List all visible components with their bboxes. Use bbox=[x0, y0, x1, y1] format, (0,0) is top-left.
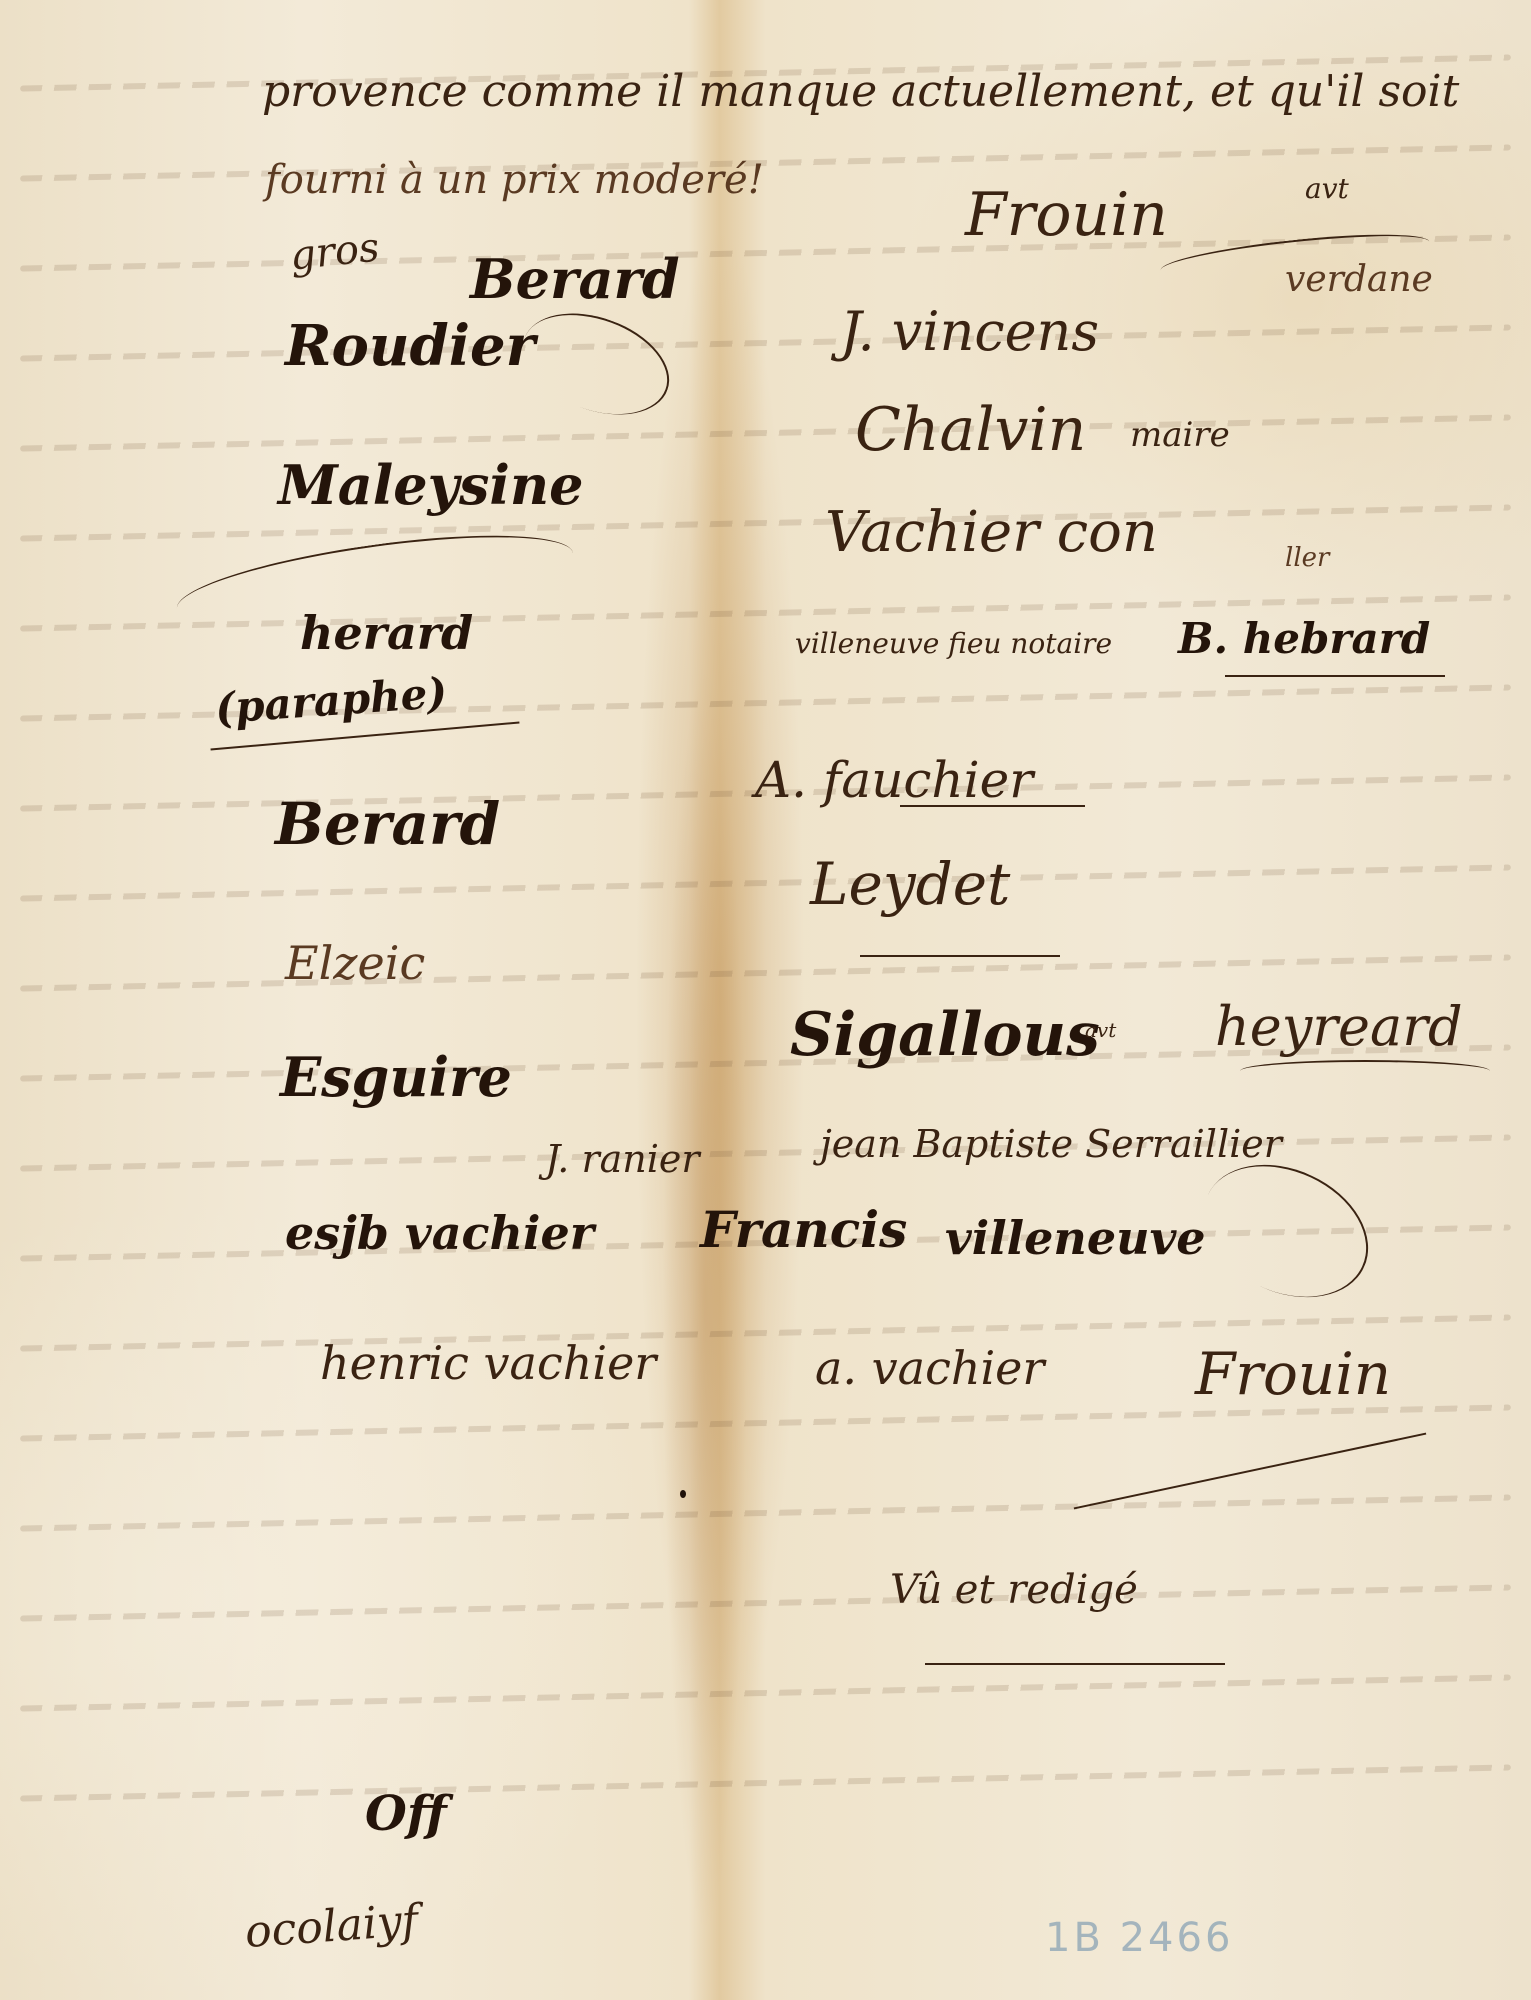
signature-chalvin: Chalvin bbox=[855, 400, 1086, 460]
bleed-through-line bbox=[20, 1404, 1511, 1441]
hebrard-underline bbox=[1225, 675, 1445, 677]
closing-note-underline bbox=[925, 1663, 1225, 1665]
signature-paraph: (paraphe) bbox=[214, 672, 449, 730]
bleed-through-line bbox=[20, 1764, 1511, 1801]
bleed-through-line bbox=[20, 864, 1511, 901]
chalvin-suffix: maire bbox=[1130, 418, 1230, 452]
archive-stamp: 1B 2466 bbox=[1045, 1915, 1233, 1961]
bleed-through-line bbox=[20, 1674, 1511, 1711]
signature-vachier-con: Vachier con bbox=[825, 505, 1158, 561]
vachier-suffix: ller bbox=[1285, 545, 1329, 571]
signature-ranier: J. ranier bbox=[545, 1140, 700, 1178]
margin-note-off: Off bbox=[365, 1790, 447, 1838]
body-text-line-2: fourni à un prix moderé! bbox=[265, 160, 764, 200]
signature-berard-2: Berard bbox=[275, 795, 500, 853]
signature-elzeic: Elzeic bbox=[285, 940, 425, 986]
bleed-through-line bbox=[20, 1134, 1511, 1171]
bleed-through-line bbox=[20, 144, 1511, 181]
signature-henri-vachier: henric vachier bbox=[320, 1340, 656, 1386]
bleed-through-line bbox=[20, 1494, 1511, 1531]
closing-note: Vû et redigé bbox=[890, 1570, 1138, 1610]
frouin-suffix: avt bbox=[1305, 175, 1349, 203]
body-text-line-1: provence comme il manque actuellement, e… bbox=[262, 70, 1459, 114]
bleed-through-line bbox=[20, 324, 1511, 361]
signature-fauchier: A. fauchier bbox=[755, 755, 1033, 805]
bleed-through-line bbox=[20, 414, 1511, 451]
bleed-through-line bbox=[20, 1584, 1511, 1621]
sigallous-suffix: avt bbox=[1085, 1020, 1116, 1040]
signature-berard-1: Berard bbox=[470, 252, 680, 306]
flourish bbox=[1182, 1139, 1389, 1322]
fauchier-underline bbox=[900, 805, 1085, 807]
signature-roudier: Roudier bbox=[285, 318, 535, 374]
ink-dot bbox=[680, 1490, 686, 1498]
signature-sigallous: Sigallous bbox=[790, 1005, 1100, 1065]
signature-leydet: Leydet bbox=[810, 855, 1010, 913]
bleed-through-line bbox=[20, 954, 1511, 991]
flourish bbox=[1240, 1060, 1490, 1082]
signature-villeneuve-notaire: villeneuve fieu notaire bbox=[795, 630, 1112, 658]
signature-heyrard: heyreard bbox=[1215, 1000, 1463, 1054]
signature-maleysine: Maleysine bbox=[278, 458, 584, 512]
signature-gros: gros bbox=[288, 227, 381, 276]
signature-villeneuve: villeneuve bbox=[945, 1215, 1206, 1261]
manuscript-page: provence comme il manque actuellement, e… bbox=[0, 0, 1531, 2000]
bleed-through-line bbox=[20, 504, 1511, 541]
signature-esguire: Esguire bbox=[280, 1050, 512, 1104]
signature-verdane: verdane bbox=[1285, 262, 1433, 298]
signature-serraillier: jean Baptiste Serraillier bbox=[820, 1125, 1282, 1163]
signature-a-vachier: a. vachier bbox=[815, 1345, 1044, 1391]
signature-hebrard: B. hebrard bbox=[1178, 618, 1430, 660]
signature-frouin-2: Frouin bbox=[1195, 1345, 1391, 1403]
signature-francois: Francis bbox=[700, 1205, 907, 1255]
leydet-underline bbox=[860, 955, 1060, 957]
margin-note-signature: ocolaiyf bbox=[244, 1899, 420, 1955]
signature-gerard: herard bbox=[300, 610, 473, 656]
signature-vachier-jb: esjb vachier bbox=[285, 1210, 594, 1256]
signature-vincens: J. vincens bbox=[840, 305, 1099, 359]
signature-frouin-1: Frouin bbox=[965, 185, 1168, 245]
